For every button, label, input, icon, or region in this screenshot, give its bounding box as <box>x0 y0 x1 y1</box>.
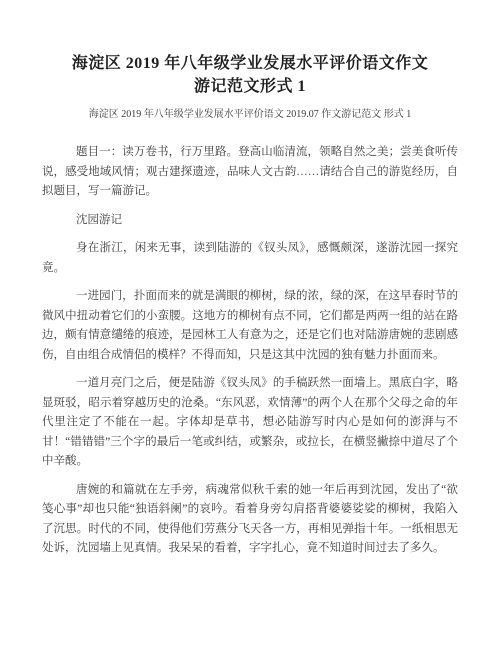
document-body: 题目一：读万卷书，行万里路。登高山临清流，领略自然之美；尝美食听传说，感受地域风… <box>42 143 458 559</box>
document-page: 海淀区 2019 年八年级学业发展水平评价语文作文游记范文形式 1 海淀区 20… <box>0 0 500 647</box>
document-paragraph: 一进园门，扑面而来的就是满眼的柳树，绿的浓，绿的深，在这早春时节的微风中扭动着它… <box>42 287 458 365</box>
document-paragraph: 唐婉的和篇就在左手旁，病魂常似秋千索的她一年后再到沈园，发出了“欲笺心事”却也只… <box>42 481 458 559</box>
document-title: 海淀区 2019 年八年级学业发展水平评价语文作文游记范文形式 1 <box>64 52 436 98</box>
document-subtitle: 海淀区 2019 年八年级学业发展水平评价语文 2019.07 作文游记范文 形… <box>42 108 458 122</box>
document-paragraph: 沈园游记 <box>42 211 458 231</box>
document-paragraph: 身在浙江，闲来无事，读到陆游的《钗头凤》，感慨颇深，遂游沈园一探究竟。 <box>42 239 458 278</box>
document-paragraph: 一道月亮门之后，便是陆游《钗头凤》的手稿跃然一面墙上。黑底白字，略显斑驳，昭示着… <box>42 374 458 472</box>
document-paragraph: 题目一：读万卷书，行万里路。登高山临清流，领略自然之美；尝美食听传说，感受地域风… <box>42 143 458 202</box>
